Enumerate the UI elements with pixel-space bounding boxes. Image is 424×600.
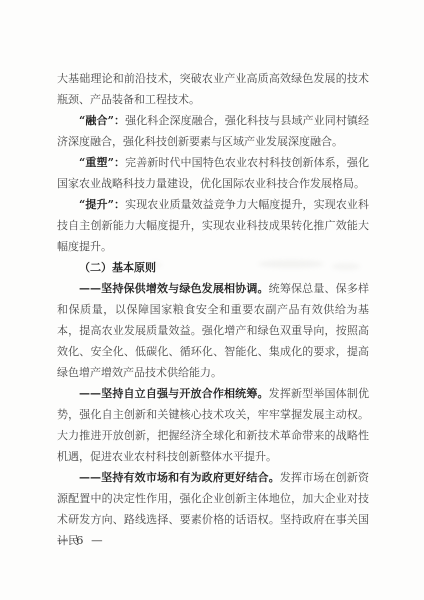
text-segment: ——坚持自立自强与开放合作相统筹。 (79, 387, 269, 400)
paragraph: ——坚持自立自强与开放合作相统筹。发挥新型举国体制优势，强化自主创新和关键核心技… (57, 383, 369, 467)
paragraph: “融合”：强化科企深度融合，强化科技与县域产业同村镇经济深度融合，强化科技创新要… (57, 110, 369, 152)
paragraph: “重塑”：完善新时代中国特色农业农村科技创新体系，强化国家农业战略科技力量建设，… (57, 152, 369, 194)
section-heading: （二）基本原则 (57, 257, 369, 278)
text-segment: “融合”： (79, 114, 125, 127)
text-segment: ——坚持保供增效与绿色发展相协调。 (79, 282, 269, 295)
document-body: 大基础理论和前沿技术，突破农业产业高质高效绿色发展的技术瓶颈、产品装备和工程技术… (57, 68, 369, 551)
page-number: — 6 — (57, 533, 105, 547)
document-page: 大基础理论和前沿技术，突破农业产业高质高效绿色发展的技术瓶颈、产品装备和工程技术… (0, 0, 424, 600)
paragraph: 大基础理论和前沿技术，突破农业产业高质高效绿色发展的技术瓶颈、产品装备和工程技术… (57, 68, 369, 110)
text-segment: 大基础理论和前沿技术，突破农业产业高质高效绿色发展的技术瓶颈、产品装备和工程技术… (57, 72, 369, 106)
text-segment: “重塑”： (79, 156, 125, 169)
paragraph: “提升”：实现农业质量效益竞争力大幅度提升，实现农业科技自主创新能力大幅度提升，… (57, 194, 369, 257)
text-segment: “提升”： (79, 198, 125, 211)
text-segment: ——坚持有效市场和有为政府更好结合。 (79, 471, 280, 484)
text-segment: （二）基本原则 (79, 261, 156, 274)
paragraph: ——坚持保供增效与绿色发展相协调。统筹保总量、保多样和保质量，以保障国家粮食安全… (57, 278, 369, 383)
text-segment: 统筹保总量、保多样和保质量，以保障国家粮食安全和重要农副产品有效供给为基本，提高… (57, 282, 369, 379)
